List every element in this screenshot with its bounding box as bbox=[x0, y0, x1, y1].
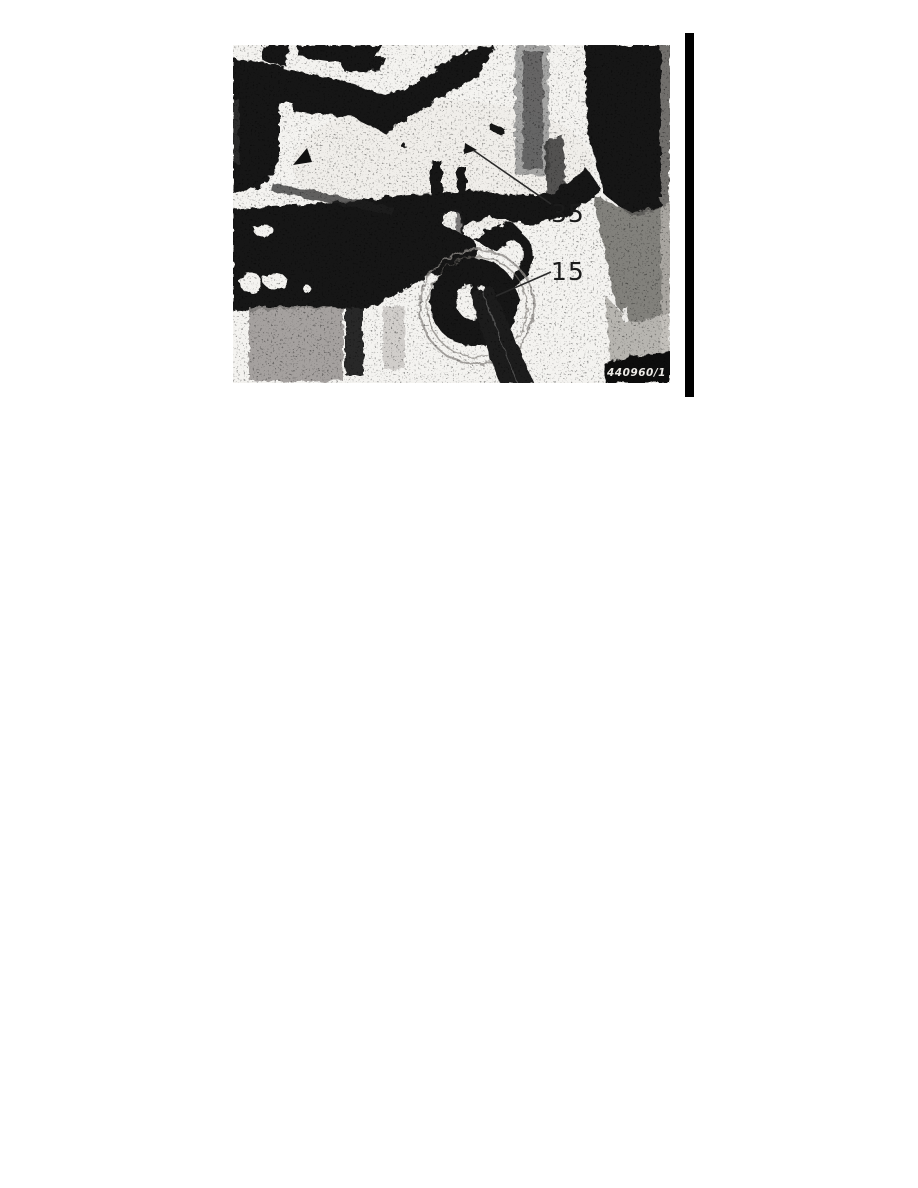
callout-15-label: 15 bbox=[551, 257, 585, 286]
scan-edge-bar bbox=[685, 33, 694, 397]
scan-grain-overlay bbox=[233, 45, 670, 383]
photo-id-stamp: 440960/1 bbox=[606, 367, 666, 379]
manual-page: 35 15 440960/1 bbox=[0, 0, 918, 1188]
underbody-photo-canvas: 35 15 440960/1 bbox=[233, 45, 670, 383]
underbody-photo: 35 15 440960/1 bbox=[233, 45, 670, 383]
callout-35-label: 35 bbox=[551, 199, 585, 228]
